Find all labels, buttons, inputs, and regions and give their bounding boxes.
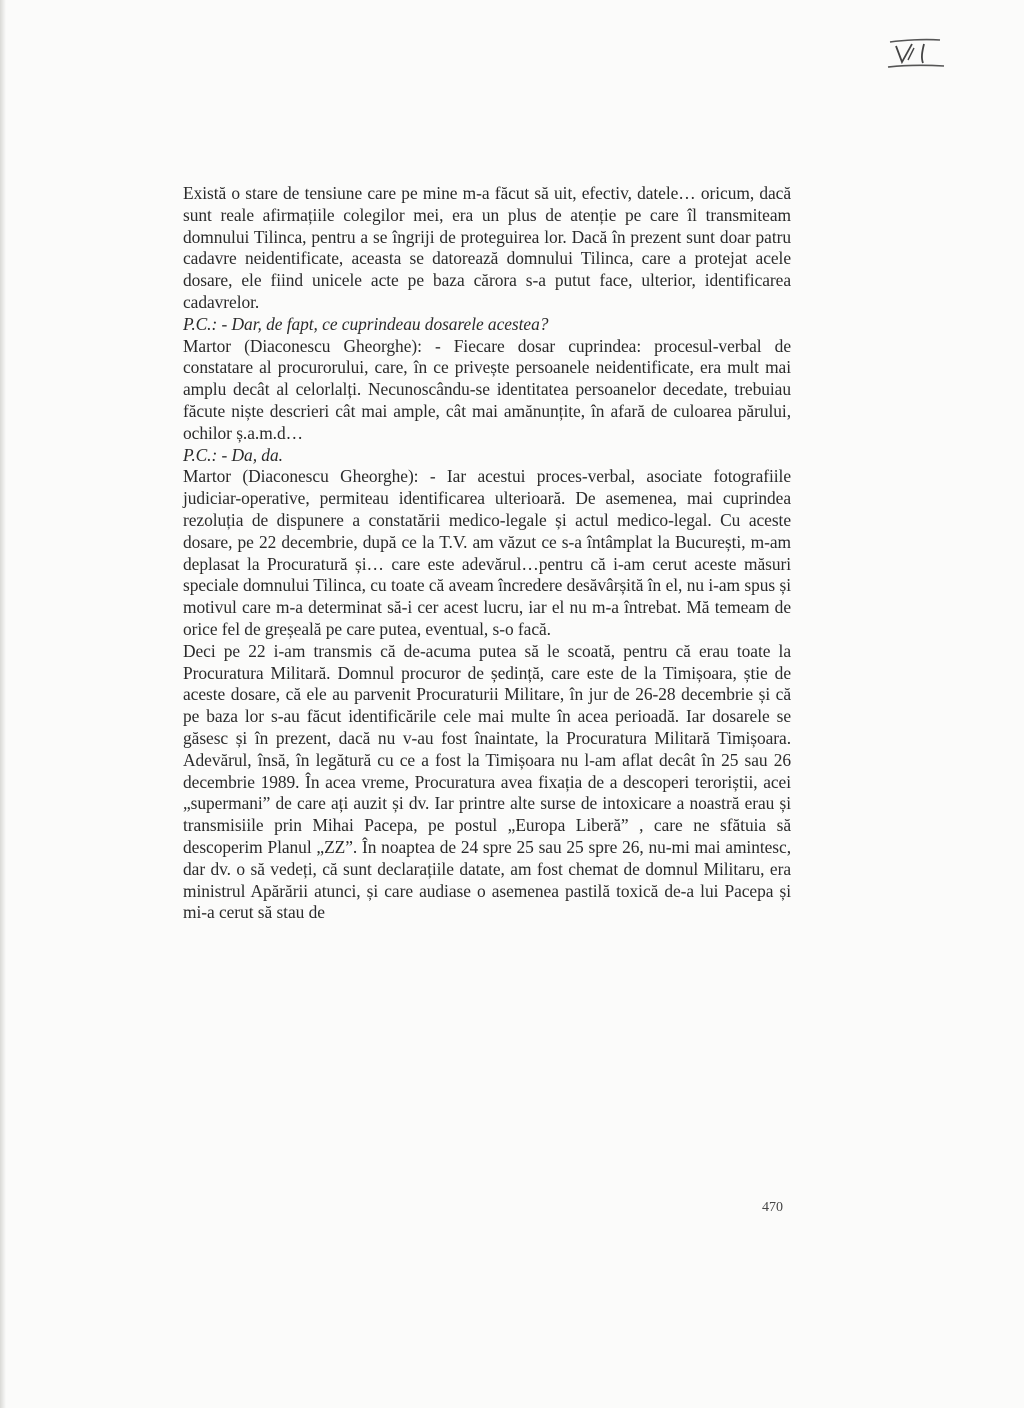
page-number: 470: [762, 1200, 783, 1216]
document-body: Există o stare de tensiune care pe mine …: [183, 183, 791, 924]
paragraph-witness-december: Deci pe 22 i-am transmis că de-acuma put…: [183, 641, 791, 924]
paragraph-witness-dossier-contents: Martor (Diaconescu Gheorghe): - Fiecare …: [183, 336, 791, 445]
scan-edge: [0, 0, 6, 1408]
paragraph-witness-procedure: Martor (Diaconescu Gheorghe): - Iar aces…: [183, 466, 791, 640]
paragraph-witness-intro: Există o stare de tensiune care pe mine …: [183, 183, 791, 314]
paragraph-pc-reply: P.C.: - Da, da.: [183, 445, 791, 467]
handwritten-mark-icon: [884, 36, 946, 72]
handwritten-roman-numeral-mark: [884, 36, 946, 72]
paragraph-pc-question: P.C.: - Dar, de fapt, ce cuprindeau dosa…: [183, 314, 791, 336]
